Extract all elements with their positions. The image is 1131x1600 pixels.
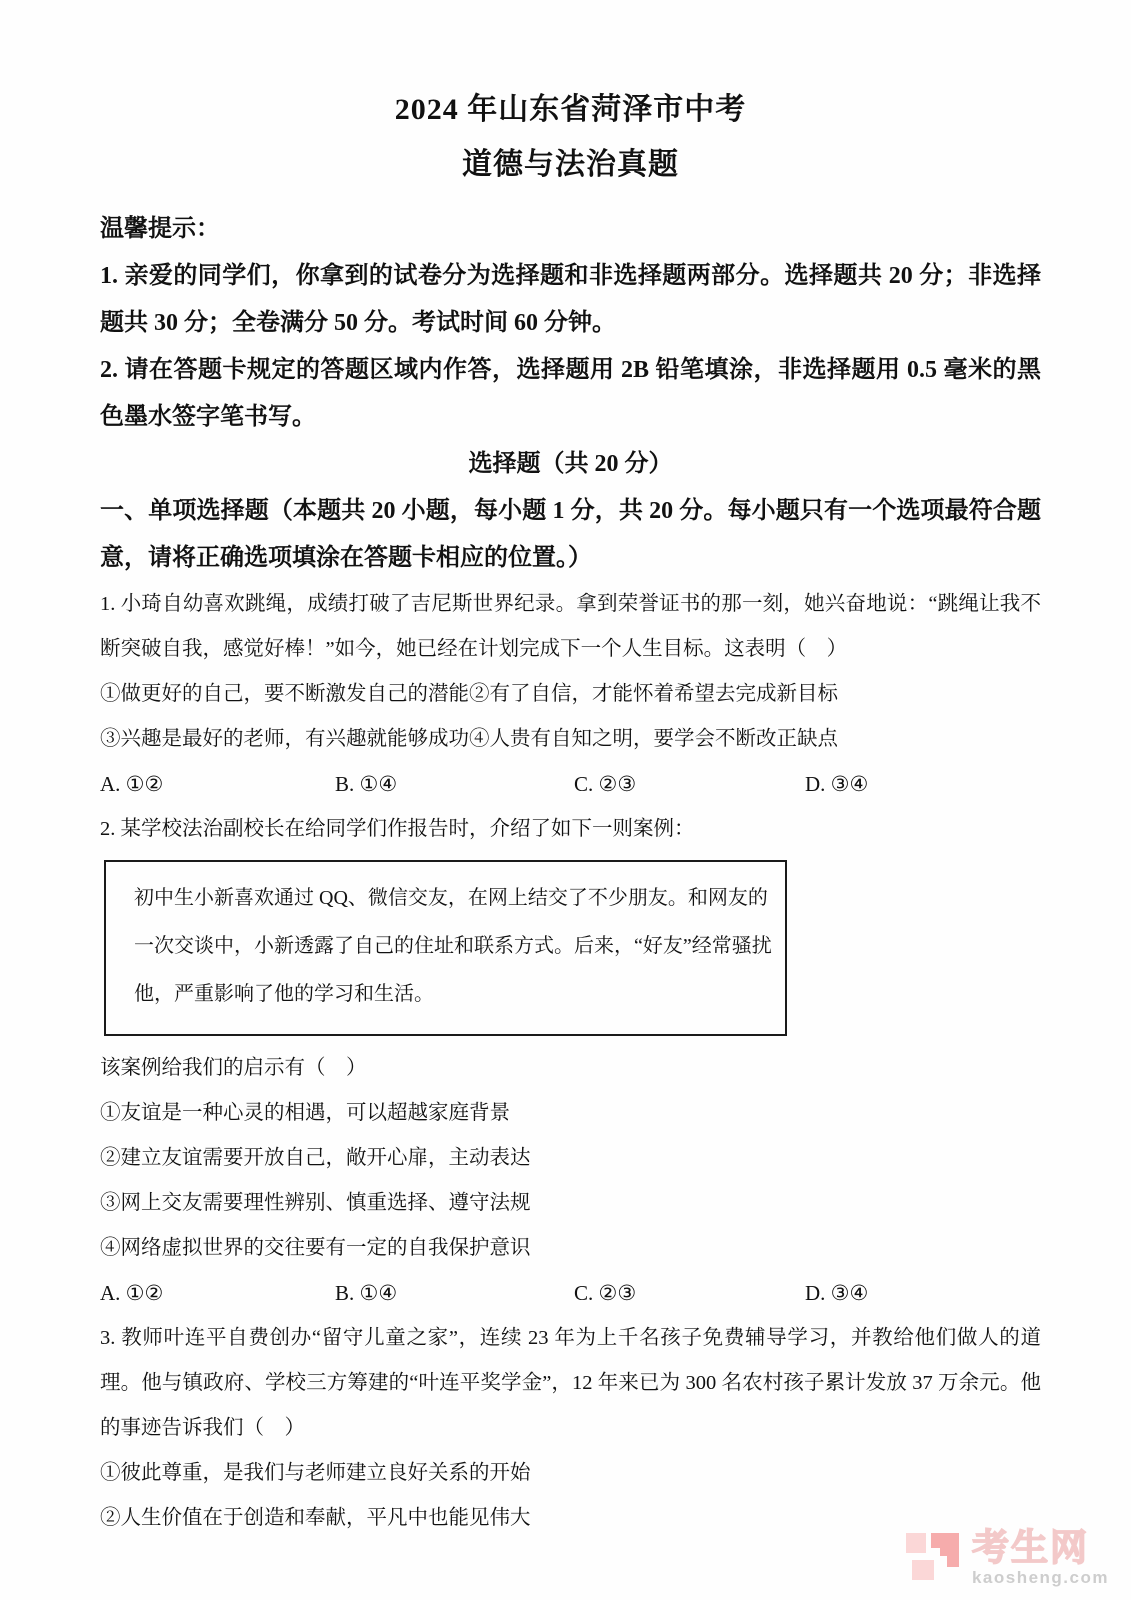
kaosheng-logo-icon [906,1533,962,1585]
question-2-followup: 该案例给我们的启示有（ ） [100,1046,1041,1091]
question-3-item-2: ②人生价值在于创造和奉献，平凡中也能见伟大 [100,1496,1041,1541]
question-2: 2. 某学校法治副校长在给同学们作报告时，介绍了如下一则案例： 初中生小新喜欢通… [100,807,1041,1316]
question-1-item-2: ③兴趣是最好的老师，有兴趣就能够成功④人贵有自知之明，要学会不断改正缺点 [100,717,1041,762]
case-box: 初中生小新喜欢通过 QQ、微信交友，在网上结交了不少朋友。和网友的 一次交谈中，… [104,860,787,1036]
question-2-option-a: A. ①② [100,1271,335,1316]
question-2-options: A. ①② B. ①④ C. ②③ D. ③④ [100,1271,1041,1316]
watermark-site-domain: kaosheng.com [972,1568,1109,1588]
question-1: 1. 小琦自幼喜欢跳绳，成绩打破了吉尼斯世界纪录。拿到荣誉证书的那一刻，她兴奋地… [100,582,1041,807]
notice-heading: 温馨提示： [100,206,1041,253]
question-2-option-d: D. ③④ [805,1271,1041,1316]
question-1-options: A. ①② B. ①④ C. ②③ D. ③④ [100,762,1041,807]
section-heading: 选择题（共 20 分） [100,441,1041,488]
question-2-stem: 2. 某学校法治副校长在给同学们作报告时，介绍了如下一则案例： [100,807,1041,852]
page-title: 2024 年山东省菏泽市中考 [100,82,1041,137]
question-3: 3. 教师叶连平自费创办“留守儿童之家”，连续 23 年为上千名孩子免费辅导学习… [100,1316,1041,1541]
question-2-item-4: ④网络虚拟世界的交往要有一定的自我保护意识 [100,1226,1041,1271]
question-3-stem: 3. 教师叶连平自费创办“留守儿童之家”，连续 23 年为上千名孩子免费辅导学习… [100,1316,1041,1451]
case-box-line-1: 初中生小新喜欢通过 QQ、微信交友，在网上结交了不少朋友。和网友的 [134,874,759,922]
exam-page: 2024 年山东省菏泽市中考 道德与法治真题 温馨提示： 1. 亲爱的同学们，你… [0,0,1131,1541]
kaosheng-watermark: 考生网 kaosheng.com [906,1530,1109,1588]
case-box-line-3: 他，严重影响了他的学习和生活。 [134,970,759,1018]
question-2-option-c: C. ②③ [574,1271,805,1316]
page-subtitle: 道德与法治真题 [100,137,1041,192]
notice-item-2: 2. 请在答题卡规定的答题区域内作答，选择题用 2B 铅笔填涂，非选择题用 0.… [100,347,1041,441]
question-1-option-d: D. ③④ [805,762,1041,807]
notice-block: 温馨提示： 1. 亲爱的同学们，你拿到的试卷分为选择题和非选择题两部分。选择题共… [100,206,1041,441]
question-3-item-1: ①彼此尊重，是我们与老师建立良好关系的开始 [100,1451,1041,1496]
question-1-option-c: C. ②③ [574,762,805,807]
case-box-line-2: 一次交谈中，小新透露了自己的住址和联系方式。后来，“好友”经常骚扰 [134,922,759,970]
question-1-option-a: A. ①② [100,762,335,807]
question-2-item-1: ①友谊是一种心灵的相遇，可以超越家庭背景 [100,1091,1041,1136]
question-2-item-2: ②建立友谊需要开放自己，敞开心扉，主动表达 [100,1136,1041,1181]
question-1-option-b: B. ①④ [335,762,574,807]
notice-item-1: 1. 亲爱的同学们，你拿到的试卷分为选择题和非选择题两部分。选择题共 20 分；… [100,253,1041,347]
watermark-text-column: 考生网 kaosheng.com [972,1530,1109,1588]
question-2-option-b: B. ①④ [335,1271,574,1316]
question-2-item-3: ③网上交友需要理性辨别、慎重选择、遵守法规 [100,1181,1041,1226]
watermark-site-name: 考生网 [972,1530,1089,1567]
section-subheading: 一、单项选择题（本题共 20 小题，每小题 1 分，共 20 分。每小题只有一个… [100,488,1041,582]
question-1-item-1: ①做更好的自己，要不断激发自己的潜能②有了自信，才能怀着希望去完成新目标 [100,672,1041,717]
question-1-stem: 1. 小琦自幼喜欢跳绳，成绩打破了吉尼斯世界纪录。拿到荣誉证书的那一刻，她兴奋地… [100,582,1041,672]
